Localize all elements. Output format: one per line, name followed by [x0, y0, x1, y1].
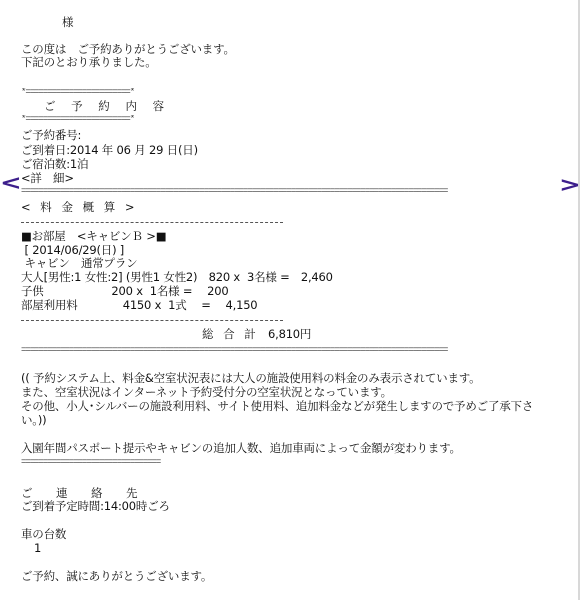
accepted-text: 下記のとおり承りました。	[21, 56, 157, 69]
total-label: 総 合 計	[202, 328, 259, 341]
car-count-label: 車の台数	[21, 528, 66, 541]
reservation-border-top: *========================*	[21, 88, 193, 97]
detail-heading: <詳 細>	[21, 172, 74, 185]
note-line-2: また、空室状況はインターネット予約受付分の空室状況となっています。	[21, 386, 392, 399]
fee-item-child: 子供 200 x 1名様 = 200	[21, 285, 228, 298]
car-count-value: 1	[34, 542, 41, 555]
total-value: 6,810円	[268, 328, 311, 341]
next-arrow-icon[interactable]: >	[559, 175, 581, 196]
note-line-5: 入園年間パスポート提示やキャビンの追加人数、追加車両によって金額が変わります。	[21, 442, 461, 455]
separator-double-1: ========================================…	[21, 187, 494, 196]
arrival-time: ご到着予定時間:14:00時ごろ	[21, 500, 170, 513]
note-line-3: その他、小人･シルバーの施設利用料、サイト使用料、追加料金などが発生しますので予…	[21, 400, 533, 413]
fee-summary-heading: < 料 金 概 算 >	[21, 201, 138, 214]
reservation-heading: ご 予 約 内 容	[44, 100, 170, 113]
fee-item-room: 部屋利用料 4150 x 1式 = 4,150	[21, 299, 257, 312]
note-line-4: い。))	[21, 414, 46, 427]
reservation-border-bottom: *========================*	[21, 115, 193, 124]
nights-count: ご宿泊数:1泊	[21, 158, 88, 171]
separator-double-2: ========================================…	[21, 346, 494, 355]
closing-text: ご予約、誠にありがとうございます。	[21, 570, 212, 583]
arrival-date: ご到着日:2014 年 06 月 29 日(日)	[21, 144, 198, 157]
salutation: 様	[62, 16, 73, 29]
reservation-number-label: ご予約番号:	[21, 129, 81, 142]
page-right-border	[578, 0, 580, 600]
separator-dashed-2	[21, 320, 283, 321]
plan-line: キャビン 通常プラン	[21, 257, 137, 270]
prev-arrow-icon[interactable]: <	[0, 173, 22, 194]
room-line: ■お部屋 <キャビンＢ >■	[21, 230, 166, 243]
fee-item-adult: 大人[男性:1 女性:2] (男性1 女性2) 820 x 3名様 = 2,46…	[21, 271, 333, 284]
separator-short: ================================	[21, 458, 239, 467]
note-line-1: (( 予約システム上、料金&空室状況表には大人の施設使用料の料金のみ表示されてい…	[21, 372, 480, 385]
separator-dashed-1	[21, 222, 283, 223]
